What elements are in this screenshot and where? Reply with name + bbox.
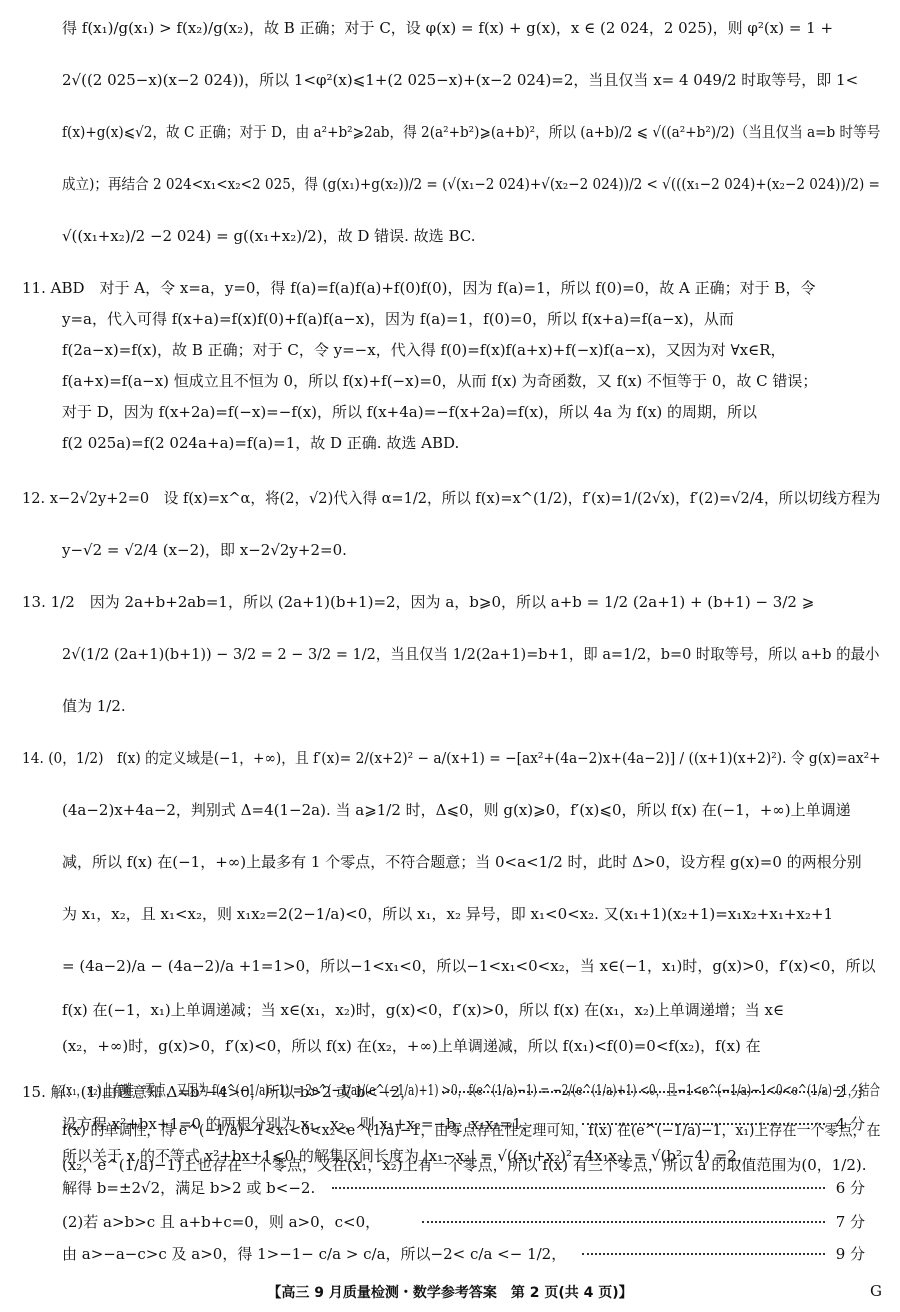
text-line: 得 f(x₁)/g(x₁) > f(x₂)/g(x₂)，故 B 正确；对于 C，… xyxy=(62,18,833,38)
leader-dots xyxy=(422,1221,825,1223)
score-points: 4 分 xyxy=(836,1114,865,1134)
text-line: 12. x−2√2y+2=0 设 f(x)=x^α，将(2，√2)代入得 α=1… xyxy=(22,488,880,508)
text-line: 减，所以 f(x) 在(−1，+∞)上最多有 1 个零点，不符合题意；当 0<a… xyxy=(62,852,862,872)
solution-step: 所以关于 x 的不等式 x²+bx+1⩽0 的解集区间长度为 |x₁−x₂| =… xyxy=(62,1146,865,1166)
text-line: 对于 D，因为 f(x+2a)=f(−x)=−f(x)，所以 f(x+4a)=−… xyxy=(62,402,757,422)
text-line: (4a−2)x+4a−2，判别式 Δ=4(1−2a). 当 a⩾1/2 时，Δ⩽… xyxy=(62,800,851,820)
text-line: y=a，代入可得 f(x+a)=f(x)f(0)+f(a)f(a−x)，因为 f… xyxy=(62,309,734,329)
text-line: f(x) 在(−1，x₁)上单调递减；当 x∈(x₁，x₂)时，g(x)<0，f… xyxy=(62,1000,784,1020)
step-text: 15. 解：(1)由题意知 Δ=b²−4>0，所以 b>2 或 b<−2， xyxy=(22,1083,415,1101)
step-text: 所以关于 x 的不等式 x²+bx+1⩽0 的解集区间长度为 |x₁−x₂| =… xyxy=(62,1147,752,1165)
text-line: f(2 025a)=f(2 024a+a)=f(a)=1，故 D 正确. 故选 … xyxy=(62,433,459,453)
solution-step: 设方程 x²+bx+1=0 的两根分别为 x₁，x₂，则 x₁+x₂=−b，x₁… xyxy=(62,1114,865,1134)
score-points: 7 分 xyxy=(836,1212,865,1232)
score-points: 6 分 xyxy=(836,1178,865,1198)
text-line: 11. ABD 对于 A，令 x=a，y=0，得 f(a)=f(a)f(a)+f… xyxy=(22,278,815,298)
leader-dots xyxy=(442,1091,825,1093)
text-line: f(2a−x)=f(x)，故 B 正确；对于 C，令 y=−x，代入得 f(0)… xyxy=(62,340,786,360)
text-line: y−√2 = √2/4 (x−2)，即 x−2√2y+2=0. xyxy=(62,540,347,560)
score-points: 9 分 xyxy=(836,1244,865,1264)
leader-dots xyxy=(332,1187,825,1189)
solution-step: (2)若 a>b>c 且 a+b+c=0，则 a>0，c<0，7 分 xyxy=(62,1212,865,1232)
text-line: 成立)；再结合 2 024<x₁<x₂<2 025，得 (g(x₁)+g(x₂)… xyxy=(62,174,880,194)
text-line: 13. 1/2 因为 2a+b+2ab=1，所以 (2a+1)(b+1)=2，因… xyxy=(22,592,814,612)
step-text: 解得 b=±2√2，满足 b>2 或 b<−2. xyxy=(62,1179,315,1197)
text-line: 值为 1/2. xyxy=(62,696,126,716)
text-line: √((x₁+x₂)/2 −2 024) = g((x₁+x₂)/2)，故 D 错… xyxy=(62,226,475,246)
text-line: f(a+x)=f(a−x) 恒成立且不恒为 0，所以 f(x)+f(−x)=0，… xyxy=(62,371,817,391)
text-line: 2√(1/2 (2a+1)(b+1)) − 3/2 = 2 − 3/2 = 1/… xyxy=(62,644,879,664)
leader-dots xyxy=(582,1253,825,1255)
text-line: 2√((2 025−x)(x−2 024))，所以 1<φ²(x)⩽1+(2 0… xyxy=(62,70,858,90)
text-line: 为 x₁，x₂，且 x₁<x₂，则 x₁x₂=2(2−1/a)<0，所以 x₁，… xyxy=(62,904,833,924)
solution-step: 由 a>−a−c>c 及 a>0，得 1>−1− c/a > c/a，所以−2<… xyxy=(62,1244,865,1264)
solution-step: 15. 解：(1)由题意知 Δ=b²−4>0，所以 b>2 或 b<−2，2 分 xyxy=(22,1082,865,1102)
paper-version-code: G xyxy=(870,1282,882,1300)
text-line: 14. (0，1/2) f(x) 的定义域是(−1，+∞)，且 f′(x)= 2… xyxy=(22,748,881,768)
solution-step: 解得 b=±2√2，满足 b>2 或 b<−2.6 分 xyxy=(62,1178,865,1198)
step-text: 由 a>−a−c>c 及 a>0，得 1>−1− c/a > c/a，所以−2<… xyxy=(62,1245,566,1263)
leader-dots xyxy=(582,1123,825,1125)
text-line: f(x)+g(x)⩽√2，故 C 正确；对于 D，由 a²+b²⩾2ab，得 2… xyxy=(62,122,880,142)
page-footer: 【高三 9 月质量检测・数学参考答案 第 2 页(共 4 页)】 xyxy=(0,1282,900,1302)
text-line: = (4a−2)/a − (4a−2)/a +1=1>0，所以−1<x₁<0，所… xyxy=(62,956,875,976)
step-text: (2)若 a>b>c 且 a+b+c=0，则 a>0，c<0， xyxy=(62,1213,380,1231)
score-points: 2 分 xyxy=(836,1082,865,1102)
text-line: (x₂，+∞)时，g(x)>0，f′(x)<0，所以 f(x) 在(x₂，+∞)… xyxy=(62,1036,761,1056)
step-text: 设方程 x²+bx+1=0 的两根分别为 x₁，x₂，则 x₁+x₂=−b，x₁… xyxy=(62,1115,537,1133)
